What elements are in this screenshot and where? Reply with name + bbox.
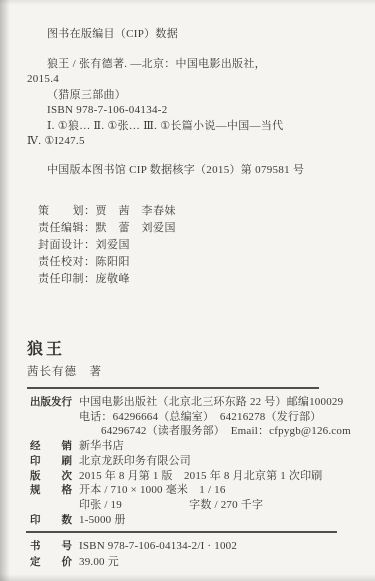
staff-value: 默 蕾 刘爱国: [96, 222, 177, 234]
pub-label: 规 格: [30, 483, 79, 498]
cip-record-number: 中国版本图书馆 CIP 数据核字（2015）第 079581 号: [47, 163, 375, 179]
pub-value: 新华书店: [79, 439, 124, 454]
staff-row-print-supervisor: 责任印制：庞敬峰: [38, 271, 375, 288]
cip-entry-line1: 狼王 / 张有德著. —北京：中国电影出版社，: [47, 57, 375, 73]
pub-label: 书 号: [30, 538, 79, 555]
pub-label: [30, 410, 79, 425]
pub-label: 出版发行: [30, 395, 79, 410]
pub-row-phone2-email: 64296742（读者服务部） Email：cfpygb@126.com: [30, 424, 375, 439]
pub-value: 北京龙跃印务有限公司: [79, 454, 191, 469]
staff-label: 责任编辑：: [38, 222, 96, 234]
price-row-price: 定 价39.00 元: [30, 554, 375, 571]
cip-classification-line2: Ⅳ. ①I247.5: [27, 134, 375, 150]
book-number-price-table: 书 号ISBN 978-7-106-04134-2/I · 1002 定 价39…: [30, 538, 375, 571]
copyright-page: 图书在版编目（CIP）数据 狼王 / 张有德著. —北京：中国电影出版社， 20…: [0, 0, 375, 581]
pub-label: 印 数: [30, 513, 79, 528]
price-row-book-number: 书 号ISBN 978-7-106-04134-2/I · 1002: [30, 538, 375, 555]
publication-info-table: 出版发行中国电影出版社（北京北三环东路 22 号）邮编100029 电话：642…: [30, 395, 375, 527]
pub-row-distribution: 经 销新华书店: [30, 439, 375, 454]
pub-label: 经 销: [30, 439, 79, 454]
scan-shadow-bottom: [0, 574, 375, 581]
pub-value: 电话：64296664（总编室） 64216278（发行部）: [79, 410, 322, 425]
staff-row-planning: 策 划：贾 茜 李春妹: [38, 203, 375, 220]
pub-value: 2015 年 8 月第 1 版 2015 年 8 月北京第 1 次印刷: [79, 469, 323, 484]
staff-label: 责任印制：: [38, 273, 96, 285]
pub-label: [30, 498, 79, 513]
pub-label: [30, 424, 79, 439]
pub-label: 定 价: [30, 554, 79, 571]
staff-label: 策 划：: [38, 205, 96, 217]
pub-value: 1-5000 册: [79, 513, 126, 528]
cip-classification-line1: Ⅰ. ①狼… Ⅱ. ①张… Ⅲ. ①长篇小说—中国—当代: [47, 119, 375, 135]
pub-value: 39.00 元: [79, 554, 119, 571]
staff-label: 责任校对：: [38, 256, 96, 268]
staff-value: 贾 茜 李春妹: [96, 205, 177, 217]
book-title: 狼王: [27, 341, 375, 359]
staff-label: 封面设计：: [38, 239, 96, 251]
pub-value: 开本 / 710 × 1000 毫米 1 / 16: [79, 483, 226, 498]
pub-row-format: 规 格开本 / 710 × 1000 毫米 1 / 16: [30, 483, 375, 498]
pub-row-edition: 版 次2015 年 8 月第 1 版 2015 年 8 月北京第 1 次印刷: [30, 469, 375, 484]
staff-value: 刘爱国: [96, 239, 131, 251]
divider-rule-top: [27, 387, 319, 389]
pub-label: 版 次: [30, 469, 79, 484]
scan-shadow-top: [0, 0, 375, 5]
pub-row-publisher: 出版发行中国电影出版社（北京北三环东路 22 号）邮编100029: [30, 395, 375, 410]
pub-row-print-run: 印 数1-5000 册: [30, 513, 375, 528]
staff-row-editor: 责任编辑：默 蕾 刘爱国: [38, 220, 375, 237]
staff-value: 陈阳阳: [96, 256, 131, 268]
book-author: 茜长有德 著: [27, 363, 375, 379]
pub-value: ISBN 978-7-106-04134-2/I · 1002: [79, 538, 237, 555]
pub-row-printing: 印 刷北京龙跃印务有限公司: [30, 454, 375, 469]
title-block: 狼王 茜长有德 著: [27, 341, 375, 379]
cip-heading: 图书在版编目（CIP）数据: [47, 27, 375, 43]
pub-value: 中国电影出版社（北京北三环东路 22 号）邮编100029: [79, 395, 343, 410]
pub-value: 印张 / 19 字数 / 270 千字: [79, 498, 263, 513]
staff-value: 庞敬峰: [96, 273, 131, 285]
pub-row-phone: 电话：64296664（总编室） 64216278（发行部）: [30, 410, 375, 425]
pub-row-sheets-words: 印张 / 19 字数 / 270 千字: [30, 498, 375, 513]
staff-credits-block: 策 划：贾 茜 李春妹 责任编辑：默 蕾 刘爱国 封面设计：刘爱国 责任校对：陈…: [38, 203, 375, 288]
staff-row-proofreader: 责任校对：陈阳阳: [38, 254, 375, 271]
staff-row-cover-design: 封面设计：刘爱国: [38, 237, 375, 254]
pub-value: 64296742（读者服务部） Email：cfpygb@126.com: [79, 424, 351, 439]
cip-isbn: ISBN 978-7-106-04134-2: [47, 103, 375, 119]
cip-data-block: 图书在版编目（CIP）数据 狼王 / 张有德著. —北京：中国电影出版社， 20…: [0, 0, 375, 178]
divider-rule-bottom: [26, 531, 337, 533]
cip-series-note: （猎原三部曲）: [47, 88, 375, 104]
scan-shadow-left: [0, 0, 10, 581]
pub-label: 印 刷: [30, 454, 79, 469]
page-content: 图书在版编目（CIP）数据 狼王 / 张有德著. —北京：中国电影出版社， 20…: [0, 0, 375, 571]
cip-entry-line2: 2015.4: [27, 72, 375, 88]
